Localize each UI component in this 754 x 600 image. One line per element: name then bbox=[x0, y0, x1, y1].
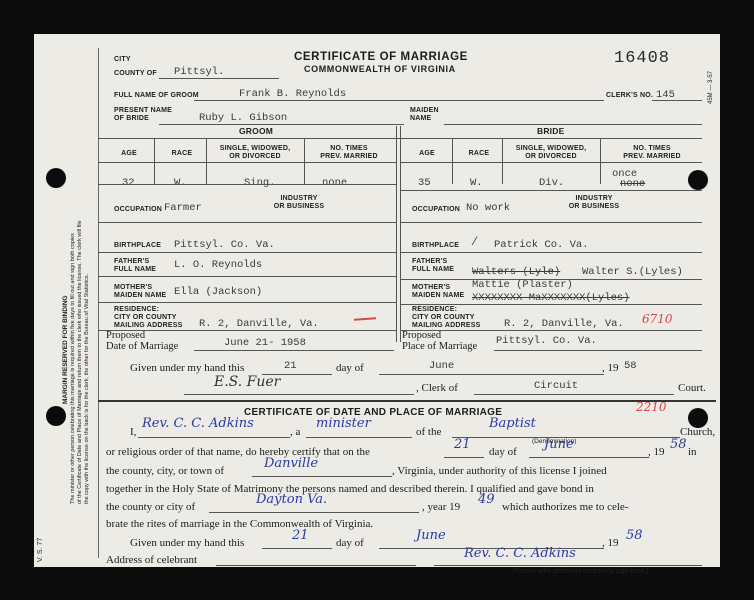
form-number: V. S. 77 bbox=[37, 538, 44, 562]
signature-underline bbox=[434, 565, 702, 566]
cert-line3-b: , Virginia, under authority of this lice… bbox=[392, 465, 607, 477]
bond-place-underline bbox=[209, 512, 419, 513]
side-codes: 45M — 3-57 bbox=[708, 71, 715, 104]
bride-times-label-2: PREV. MARRIED bbox=[623, 153, 681, 160]
certificate-title: CERTIFICATE OF MARRIAGE bbox=[294, 51, 468, 63]
groom-mother-label-2: MAIDEN NAME bbox=[114, 292, 166, 299]
bride-values-underline bbox=[400, 190, 702, 191]
binding-hole-bottom-right bbox=[688, 408, 708, 428]
bride-mother-underline bbox=[400, 304, 702, 305]
bride-section-label: BRIDE bbox=[537, 127, 564, 135]
license-month-underline bbox=[379, 374, 604, 375]
bride-present-name-label-2: OF BRIDE bbox=[114, 115, 149, 122]
cert-given-day-of: day of bbox=[336, 537, 364, 549]
groom-times: none bbox=[322, 177, 347, 189]
bride-marital-label: SINGLE, WIDOWED,OR DIVORCED bbox=[506, 145, 596, 161]
bride-occupation: No work bbox=[466, 202, 510, 214]
bride-red-annotation: 6710 bbox=[642, 312, 673, 326]
marriage-month-underline bbox=[529, 457, 649, 458]
address-underline bbox=[216, 565, 416, 566]
groom-birthplace-label: BIRTHPLACE bbox=[114, 242, 161, 250]
center-divider-2 bbox=[400, 126, 401, 342]
bride-father-struck: Walters (Lyle) bbox=[472, 266, 560, 278]
groom-father-label-1: FATHER'S bbox=[114, 258, 149, 265]
bride-race-label: RACE bbox=[459, 150, 499, 158]
bride-residence: R. 2, Danville, Va. bbox=[504, 318, 624, 330]
bride-father: Walter S.(Lyles) bbox=[582, 266, 683, 278]
bride-birthplace-label: BIRTHPLACE bbox=[412, 242, 459, 250]
county-value: Pittsyl. bbox=[174, 66, 224, 78]
bride-occupation-underline bbox=[400, 222, 702, 223]
clerk-signature: E.S. Fuer bbox=[214, 374, 280, 390]
bride-times-struck: none bbox=[620, 178, 645, 190]
groom-father-underline bbox=[98, 276, 396, 277]
maiden-name-underline bbox=[444, 124, 702, 125]
bride-father-label: FATHER'SFULL NAME bbox=[412, 258, 454, 274]
margin-note: MARGIN RESERVED FOR BINDING bbox=[62, 295, 69, 404]
groom-marital: Sing. bbox=[244, 177, 276, 189]
groom-full-name: Frank B. Reynolds bbox=[239, 88, 346, 100]
groom-mother: Ella (Jackson) bbox=[174, 286, 262, 298]
city-label: CITY bbox=[114, 56, 131, 64]
cert-line3-a: the county, city, or town of bbox=[106, 465, 224, 477]
bride-residence-label: RESIDENCE:CITY OR COUNTYMAILING ADDRESS bbox=[412, 306, 480, 330]
celebrant-signature: Rev. C. C. Adkins bbox=[464, 546, 576, 561]
groom-residence: R. 2, Danville, Va. bbox=[199, 318, 319, 330]
bride-present-name-label-1: PRESENT NAME bbox=[114, 107, 172, 114]
marriage-year: 58 bbox=[670, 437, 687, 452]
license-year-prefix: , 19 bbox=[602, 362, 619, 374]
court-value: Circuit bbox=[534, 380, 578, 392]
license-day-of: day of bbox=[336, 362, 364, 374]
groom-marital-label: SINGLE, WIDOWED,OR DIVORCED bbox=[210, 145, 300, 161]
section-divider bbox=[98, 400, 716, 402]
proposed-place-label: ProposedPlace of Marriage bbox=[402, 330, 477, 352]
bride-mother-struck: XXXXXXXX MaXXXXXXX(Lyles) bbox=[472, 292, 630, 304]
bride-name-underline bbox=[159, 124, 404, 125]
groom-mother-label: MOTHER'SMAIDEN NAME bbox=[114, 284, 166, 300]
cert-line5-c: which authorizes me to cele- bbox=[502, 501, 628, 513]
groom-race-label: RACE bbox=[162, 150, 202, 158]
denomination: Baptist bbox=[489, 416, 536, 431]
groom-age-label: AGE bbox=[114, 150, 144, 158]
bride-col-label-underline bbox=[400, 162, 702, 163]
groom-occupation-label: OCCUPATION bbox=[114, 206, 162, 214]
proposed-date-label: ProposedDate of Marriage bbox=[106, 330, 178, 352]
license-given-label: Given under my hand this bbox=[130, 362, 244, 374]
groom-col-label-underline bbox=[98, 162, 396, 163]
binding-hole-top-left bbox=[46, 168, 66, 188]
marriage-month: June bbox=[544, 437, 574, 452]
maiden-name-label-1: MAIDEN bbox=[410, 107, 439, 114]
marriage-certificate: V. S. 77 MARGIN RESERVED FOR BINDING The… bbox=[34, 34, 720, 567]
groom-times-label-1: NO. TIMES bbox=[330, 145, 368, 152]
bride-industry-label-2: OR BUSINESS bbox=[569, 203, 619, 210]
cert-line1-of-the: of the bbox=[416, 426, 441, 438]
groom-industry-label-2: OR BUSINESS bbox=[274, 203, 324, 210]
instruction-line-2: of the Certificate of Date and Place of … bbox=[77, 220, 84, 504]
officiant-name: Rev. C. C. Adkins bbox=[142, 416, 254, 431]
marriage-day-underline bbox=[444, 457, 484, 458]
margin-divider bbox=[98, 48, 99, 558]
cert-line2-b: day of bbox=[489, 446, 517, 458]
role-underline bbox=[306, 437, 412, 438]
court-label: Court. bbox=[678, 382, 706, 394]
bond-place: Dayton Va. bbox=[256, 492, 327, 507]
cert-given-month: June bbox=[416, 528, 446, 543]
bride-birthplace: Patrick Co. Va. bbox=[494, 239, 589, 251]
binding-hole-top-right bbox=[688, 170, 708, 190]
birthplace-check-mark: ⁄ bbox=[474, 234, 476, 248]
groom-times-label: NO. TIMESPREV. MARRIED bbox=[309, 145, 389, 161]
proposed-place-underline bbox=[494, 350, 702, 351]
maiden-name-label-2: NAME bbox=[410, 115, 431, 122]
signature-note: (Person who performs ceremony sign here.… bbox=[512, 568, 649, 575]
bride-times-label: NO. TIMESPREV. MARRIED bbox=[602, 145, 702, 161]
cert-line4: together in the Holy State of Matrimony … bbox=[106, 483, 594, 495]
bride-age: 35 bbox=[418, 177, 431, 189]
proposed-place-label-1: Proposed bbox=[402, 330, 441, 341]
bride-marital-label-2: OR DIVORCED bbox=[525, 153, 577, 160]
cert-given-day: 21 bbox=[292, 528, 309, 543]
red-mark bbox=[354, 317, 376, 321]
county-underline bbox=[159, 78, 279, 79]
groom-mother-label-1: MOTHER'S bbox=[114, 284, 152, 291]
groom-industry-label: INDUSTRYOR BUSINESS bbox=[259, 195, 339, 211]
proposed-date-label-1: Proposed bbox=[106, 330, 145, 341]
groom-section-label: GROOM bbox=[239, 127, 273, 135]
bride-times-label-1: NO. TIMES bbox=[633, 145, 671, 152]
groom-residence-label-2: CITY OR COUNTY bbox=[114, 314, 177, 321]
bride-industry-label-1: INDUSTRY bbox=[575, 195, 612, 202]
bride-residence-label-3: MAILING ADDRESS bbox=[412, 322, 480, 329]
cert-given-year: 58 bbox=[626, 528, 643, 543]
bride-mother-label-1: MOTHER'S bbox=[412, 284, 450, 291]
officiant-underline bbox=[138, 437, 290, 438]
clerk-no-label: CLERK'S NO. bbox=[606, 92, 653, 100]
bride-mother-label-2: MAIDEN NAME bbox=[412, 292, 464, 299]
clerk-signature-underline bbox=[184, 394, 414, 395]
instruction-line-3: the copy with the license on the back is… bbox=[84, 274, 91, 504]
certificate-date-place-title: CERTIFICATE OF DATE AND PLACE OF MARRIAG… bbox=[244, 407, 502, 418]
cert-given-label: Given under my hand this bbox=[130, 537, 244, 549]
certificate-red-number: 2210 bbox=[636, 400, 667, 414]
groom-occupation: Farmer bbox=[164, 202, 202, 214]
proposed-date-underline bbox=[194, 350, 394, 351]
bride-residence-label-1: RESIDENCE: bbox=[412, 306, 457, 313]
bride-father-label-1: FATHER'S bbox=[412, 258, 447, 265]
instruction-line-1: The minister or other person celebrating… bbox=[70, 233, 77, 504]
bride-father-label-2: FULL NAME bbox=[412, 266, 454, 273]
cert-given-day-underline bbox=[262, 548, 332, 549]
county-label: COUNTY OF bbox=[114, 70, 157, 78]
groom-residence-label-1: RESIDENCE: bbox=[114, 306, 159, 313]
certificate-subtitle: COMMONWEALTH OF VIRGINIA bbox=[304, 64, 456, 74]
bride-industry-label: INDUSTRYOR BUSINESS bbox=[554, 195, 634, 211]
groom-age: 32 bbox=[122, 177, 135, 189]
center-divider bbox=[396, 126, 397, 342]
groom-father-label: FATHER'SFULL NAME bbox=[114, 258, 156, 274]
bride-marital: Div. bbox=[539, 177, 564, 189]
cert-line2-c: , 19 bbox=[648, 446, 665, 458]
officiant-role: minister bbox=[316, 416, 371, 431]
groom-name-underline bbox=[194, 100, 604, 101]
bride-residence-label-2: CITY OR COUNTY bbox=[412, 314, 475, 321]
groom-residence-label: RESIDENCE:CITY OR COUNTYMAILING ADDRESS bbox=[114, 306, 182, 330]
groom-birthplace-underline bbox=[98, 252, 396, 253]
groom-mother-underline bbox=[98, 302, 396, 303]
bride-age-label: AGE bbox=[412, 150, 442, 158]
clerk-no-underline bbox=[652, 100, 702, 101]
cert-line1-a: , a bbox=[290, 426, 300, 438]
bride-mother-label: MOTHER'SMAIDEN NAME bbox=[412, 284, 464, 300]
groom-marital-label-1: SINGLE, WIDOWED, bbox=[220, 145, 290, 152]
bride-occupation-label: OCCUPATION bbox=[412, 206, 460, 214]
license-month: June bbox=[429, 360, 454, 372]
bride-birthplace-underline bbox=[400, 252, 702, 253]
address-of-celebrant-label: Address of celebrant bbox=[106, 554, 197, 566]
cert-line2-d: in bbox=[688, 446, 697, 458]
groom-industry-label-1: INDUSTRY bbox=[280, 195, 317, 202]
marriage-day: 21 bbox=[454, 437, 471, 452]
cert-line6: brate the rites of marriage in the Commo… bbox=[106, 518, 373, 530]
court-underline bbox=[474, 394, 674, 395]
cert-line2-a: or religious order of that name, do here… bbox=[106, 446, 370, 458]
proposed-place-label-2: Place of Marriage bbox=[402, 341, 477, 352]
proposed-place: Pittsyl. Co. Va. bbox=[496, 335, 597, 347]
clerk-of-label: , Clerk of bbox=[416, 382, 458, 394]
bride-marital-label-1: SINGLE, WIDOWED, bbox=[516, 145, 586, 152]
maiden-name-label: MAIDENNAME bbox=[410, 107, 439, 123]
groom-times-label-2: PREV. MARRIED bbox=[320, 153, 378, 160]
groom-residence-label-3: MAILING ADDRESS bbox=[114, 322, 182, 329]
cert-line1-i: I, bbox=[130, 426, 136, 438]
groom-race: W. bbox=[174, 177, 187, 189]
groom-occupation-underline bbox=[98, 222, 396, 223]
certificate-number: 16408 bbox=[614, 49, 670, 68]
bond-year: 49 bbox=[478, 492, 495, 507]
marriage-place: Danville bbox=[264, 456, 318, 471]
section-header-underline bbox=[98, 138, 702, 139]
groom-father-label-2: FULL NAME bbox=[114, 266, 156, 273]
proposed-date: June 21- 1958 bbox=[224, 337, 306, 349]
groom-birthplace: Pittsyl. Co. Va. bbox=[174, 239, 275, 251]
binding-hole-bottom-left bbox=[46, 406, 66, 426]
proposed-date-label-2: Date of Marriage bbox=[106, 341, 178, 352]
groom-values-underline bbox=[98, 184, 396, 185]
cert-line5-a: the county or city of bbox=[106, 501, 195, 513]
bride-mother: Mattie (Plaster) bbox=[472, 279, 573, 291]
license-day: 21 bbox=[284, 360, 297, 372]
groom-marital-label-2: OR DIVORCED bbox=[229, 153, 281, 160]
cert-given-year-prefix: , 19 bbox=[602, 537, 619, 549]
bride-present-name: Ruby L. Gibson bbox=[199, 112, 287, 124]
marriage-place-underline bbox=[252, 476, 392, 477]
license-year: 58 bbox=[624, 360, 637, 372]
bride-present-name-label: PRESENT NAMEOF BRIDE bbox=[114, 107, 172, 123]
groom-full-name-label: FULL NAME OF GROOM bbox=[114, 92, 199, 100]
cert-line5-b: , year 19 bbox=[422, 501, 460, 513]
groom-father: L. O. Reynolds bbox=[174, 259, 262, 271]
bride-race: W. bbox=[470, 177, 483, 189]
